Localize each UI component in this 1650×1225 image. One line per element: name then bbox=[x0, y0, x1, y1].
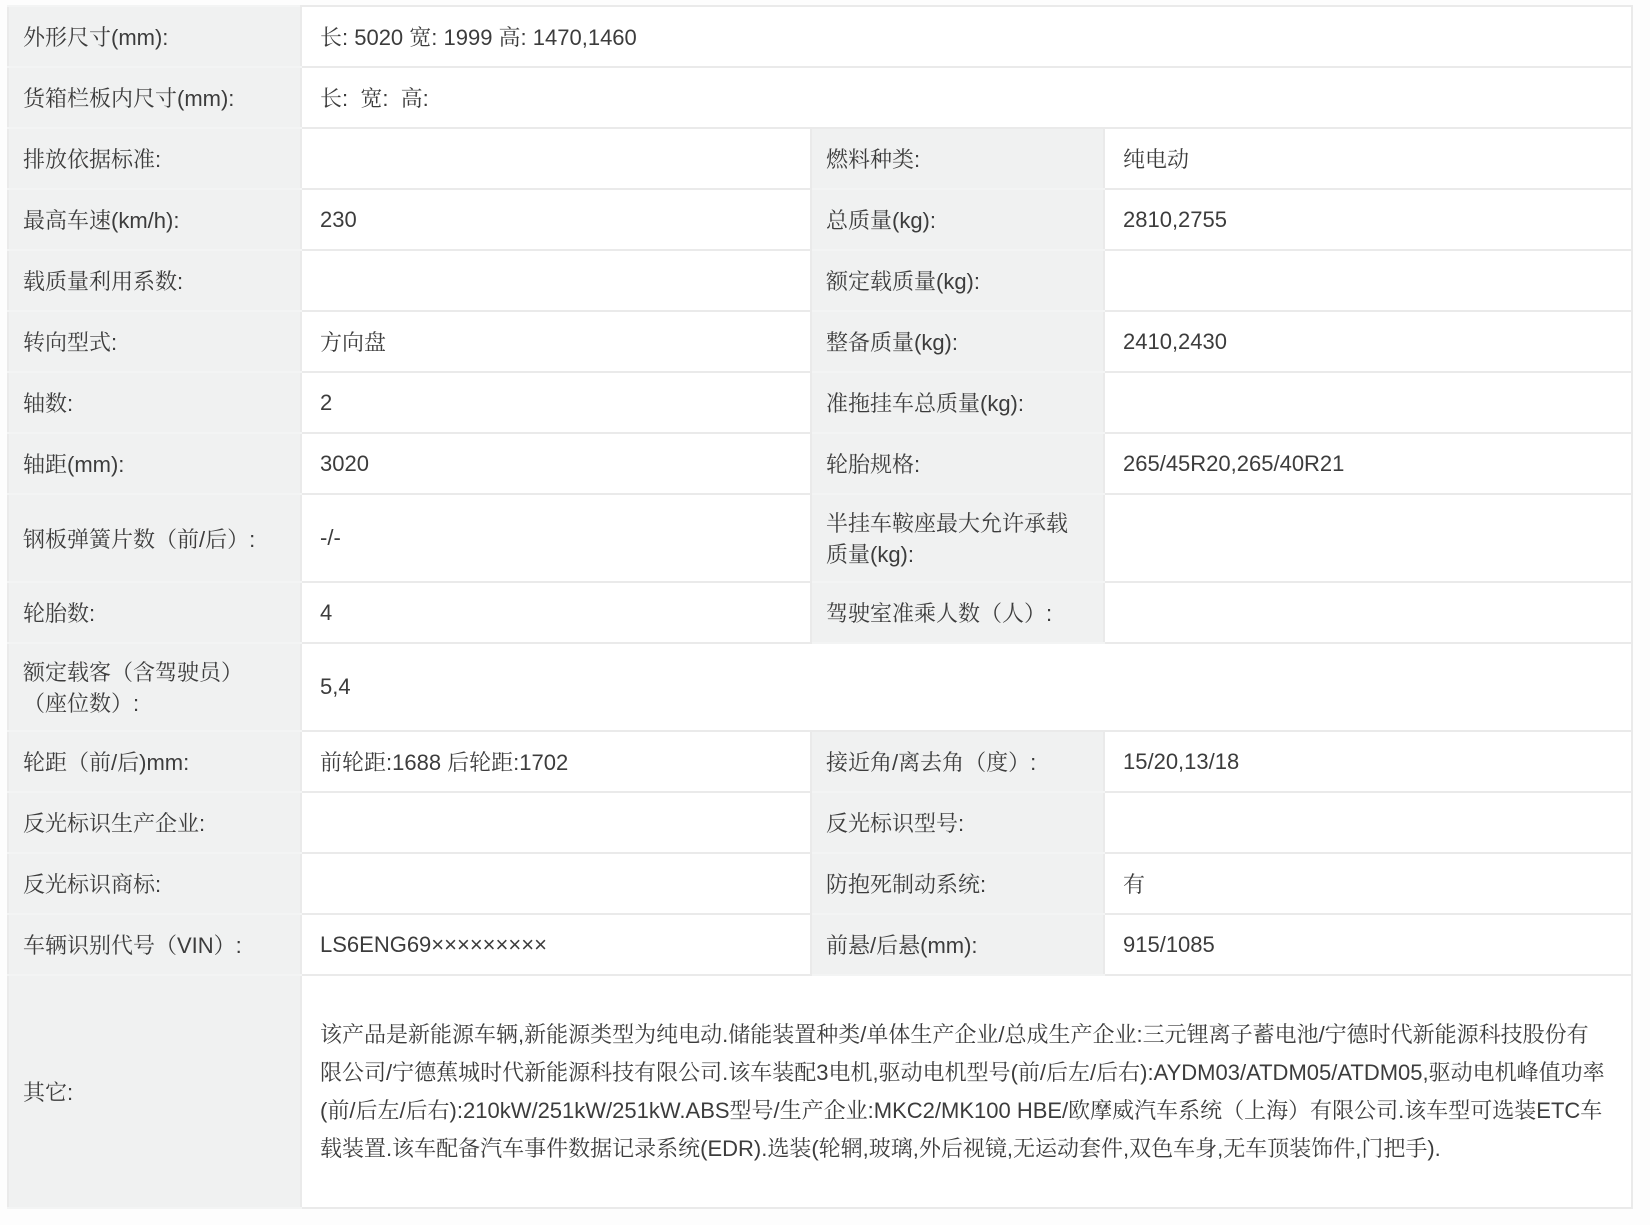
row-label: 总质量(kg): bbox=[811, 189, 1104, 250]
row-value bbox=[301, 792, 811, 853]
row-label: 货箱栏板内尺寸(mm): bbox=[8, 67, 301, 128]
row-value bbox=[1104, 250, 1632, 311]
row-value: 3020 bbox=[301, 433, 811, 494]
row-label: 接近角/离去角（度）: bbox=[811, 731, 1104, 792]
row-label: 额定载客（含驾驶员） （座位数）: bbox=[8, 643, 301, 731]
row-value: 5,4 bbox=[301, 643, 1632, 731]
row-leaf-springs-saddle-load: 钢板弹簧片数（前/后）: -/- 半挂车鞍座最大允许承载 质量(kg): bbox=[8, 494, 1632, 582]
row-label: 轮胎规格: bbox=[811, 433, 1104, 494]
row-other-remarks: 其它: 该产品是新能源车辆,新能源类型为纯电动.储能装置种类/单体生产企业/总成… bbox=[8, 975, 1632, 1208]
row-label: 车辆识别代号（VIN）: bbox=[8, 914, 301, 975]
row-value bbox=[1104, 792, 1632, 853]
row-steering-curb-mass: 转向型式: 方向盘 整备质量(kg): 2410,2430 bbox=[8, 311, 1632, 372]
row-axle-count-trailer-mass: 轴数: 2 准拖挂车总质量(kg): bbox=[8, 372, 1632, 433]
row-label: 载质量利用系数: bbox=[8, 250, 301, 311]
row-label: 其它: bbox=[8, 975, 301, 1208]
vehicle-spec-table: 外形尺寸(mm): 长: 5020 宽: 1999 高: 1470,1460 货… bbox=[7, 5, 1633, 1209]
row-label: 轴距(mm): bbox=[8, 433, 301, 494]
row-value: 2810,2755 bbox=[1104, 189, 1632, 250]
row-value bbox=[301, 128, 811, 189]
row-value: 2410,2430 bbox=[1104, 311, 1632, 372]
row-value: 纯电动 bbox=[1104, 128, 1632, 189]
row-label: 半挂车鞍座最大允许承载 质量(kg): bbox=[811, 494, 1104, 582]
row-label: 轴数: bbox=[8, 372, 301, 433]
row-wheelbase-tire-spec: 轴距(mm): 3020 轮胎规格: 265/45R20,265/40R21 bbox=[8, 433, 1632, 494]
row-value: 方向盘 bbox=[301, 311, 811, 372]
row-label: 额定载质量(kg): bbox=[811, 250, 1104, 311]
row-label: 燃料种类: bbox=[811, 128, 1104, 189]
row-reflective-marking-manufacturer-model: 反光标识生产企业: 反光标识型号: bbox=[8, 792, 1632, 853]
row-value: 915/1085 bbox=[1104, 914, 1632, 975]
row-value: 长: 5020 宽: 1999 高: 1470,1460 bbox=[301, 6, 1632, 67]
row-tire-count-cab-passengers: 轮胎数: 4 驾驶室准乘人数（人）: bbox=[8, 582, 1632, 643]
row-label: 防抱死制动系统: bbox=[811, 853, 1104, 914]
spec-sheet-page: 外形尺寸(mm): 长: 5020 宽: 1999 高: 1470,1460 货… bbox=[0, 0, 1650, 1225]
row-label: 轮胎数: bbox=[8, 582, 301, 643]
row-value bbox=[1104, 372, 1632, 433]
row-track-width-approach-angle: 轮距（前/后)mm: 前轮距:1688 后轮距:1702 接近角/离去角（度）:… bbox=[8, 731, 1632, 792]
row-value: -/- bbox=[301, 494, 811, 582]
row-value: 该产品是新能源车辆,新能源类型为纯电动.储能装置种类/单体生产企业/总成生产企业… bbox=[301, 975, 1632, 1208]
row-value: 230 bbox=[301, 189, 811, 250]
row-label: 排放依据标准: bbox=[8, 128, 301, 189]
row-label: 钢板弹簧片数（前/后）: bbox=[8, 494, 301, 582]
row-vin-overhang: 车辆识别代号（VIN）: LS6ENG69××××××××× 前悬/后悬(mm)… bbox=[8, 914, 1632, 975]
row-label: 轮距（前/后)mm: bbox=[8, 731, 301, 792]
row-rated-passengers: 额定载客（含驾驶员） （座位数）: 5,4 bbox=[8, 643, 1632, 731]
row-label: 反光标识商标: bbox=[8, 853, 301, 914]
row-reflective-marking-brand-abs: 反光标识商标: 防抱死制动系统: 有 bbox=[8, 853, 1632, 914]
row-label: 前悬/后悬(mm): bbox=[811, 914, 1104, 975]
row-label: 驾驶室准乘人数（人）: bbox=[811, 582, 1104, 643]
row-label: 整备质量(kg): bbox=[811, 311, 1104, 372]
row-value: LS6ENG69××××××××× bbox=[301, 914, 811, 975]
row-value: 前轮距:1688 后轮距:1702 bbox=[301, 731, 811, 792]
row-value: 4 bbox=[301, 582, 811, 643]
row-load-utilization-rated-load: 载质量利用系数: 额定载质量(kg): bbox=[8, 250, 1632, 311]
row-emission-standard-fuel-type: 排放依据标准: 燃料种类: 纯电动 bbox=[8, 128, 1632, 189]
row-value bbox=[1104, 582, 1632, 643]
row-value: 15/20,13/18 bbox=[1104, 731, 1632, 792]
row-label: 准拖挂车总质量(kg): bbox=[811, 372, 1104, 433]
row-value bbox=[301, 853, 811, 914]
row-max-speed-gross-mass: 最高车速(km/h): 230 总质量(kg): 2810,2755 bbox=[8, 189, 1632, 250]
row-label: 转向型式: bbox=[8, 311, 301, 372]
row-cargo-box-dimensions: 货箱栏板内尺寸(mm): 长: 宽: 高: bbox=[8, 67, 1632, 128]
row-value: 有 bbox=[1104, 853, 1632, 914]
row-value: 265/45R20,265/40R21 bbox=[1104, 433, 1632, 494]
row-value: 2 bbox=[301, 372, 811, 433]
row-label: 外形尺寸(mm): bbox=[8, 6, 301, 67]
row-label: 反光标识型号: bbox=[811, 792, 1104, 853]
row-value bbox=[301, 250, 811, 311]
row-label: 反光标识生产企业: bbox=[8, 792, 301, 853]
row-exterior-dimensions: 外形尺寸(mm): 长: 5020 宽: 1999 高: 1470,1460 bbox=[8, 6, 1632, 67]
row-label: 最高车速(km/h): bbox=[8, 189, 301, 250]
row-value bbox=[1104, 494, 1632, 582]
row-value: 长: 宽: 高: bbox=[301, 67, 1632, 128]
